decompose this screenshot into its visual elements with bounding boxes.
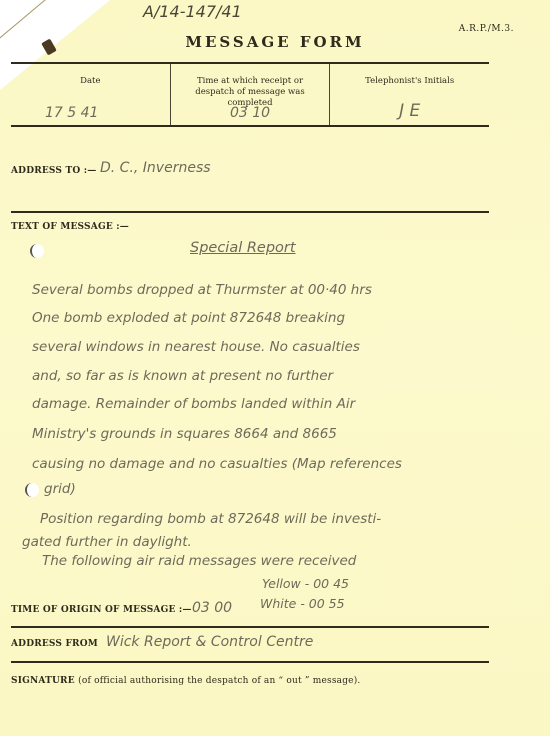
message-line: Position regarding bomb at 872648 will b… xyxy=(40,511,381,527)
initials-cell: Telephonist's Initials J E xyxy=(329,64,489,125)
time-of-origin-value: 03 00 xyxy=(192,600,232,616)
message-line: Yellow - 00 45 xyxy=(262,576,349,591)
date-cell: Date 17 5 41 xyxy=(11,64,170,125)
message-line: gated further in daylight. xyxy=(22,534,192,550)
message-line: Ministry's grounds in squares 8664 and 8… xyxy=(32,426,337,442)
punch-hole xyxy=(25,483,39,497)
initials-value: J E xyxy=(330,101,489,121)
time-cell: Time at which receipt or despatch of mes… xyxy=(170,64,330,125)
message-line: causing no damage and no casualties (Map… xyxy=(32,456,402,472)
header-table: Date 17 5 41 Time at which receipt or de… xyxy=(11,64,489,125)
signature-label: SIGNATURE (of official authorising the d… xyxy=(11,676,360,686)
address-from-value: Wick Report & Control Centre xyxy=(106,634,313,650)
signature-label-text: SIGNATURE xyxy=(11,676,75,686)
message-heading: Special Report xyxy=(190,240,296,256)
divider xyxy=(11,626,489,628)
date-value: 17 5 41 xyxy=(11,105,170,121)
time-of-origin-label: TIME OF ORIGIN OF MESSAGE :— xyxy=(11,605,192,615)
divider xyxy=(11,125,489,127)
address-to-label: ADDRESS TO :— xyxy=(11,166,96,176)
initials-label: Telephonist's Initials xyxy=(330,76,489,87)
divider xyxy=(11,211,489,213)
message-line: White - 00 55 xyxy=(260,596,345,611)
reference-note: A/14-147/41 xyxy=(143,2,242,21)
address-to-value: D. C., Inverness xyxy=(100,160,211,176)
date-label: Date xyxy=(11,76,170,87)
message-line: damage. Remainder of bombs landed within… xyxy=(32,396,355,412)
address-from-label: ADDRESS FROM xyxy=(11,639,98,649)
message-line: and, so far as is known at present no fu… xyxy=(32,368,333,384)
page-title: MESSAGE FORM xyxy=(0,33,550,51)
signature-note: (of official authorising the despatch of… xyxy=(78,676,360,686)
punch-hole xyxy=(30,244,44,258)
message-line: grid) xyxy=(44,481,76,497)
message-line: One bomb exploded at point 872648 breaki… xyxy=(32,310,345,326)
text-of-message-label: TEXT OF MESSAGE :— xyxy=(11,222,129,232)
message-line: Several bombs dropped at Thurmster at 00… xyxy=(32,282,372,298)
time-value: 03 10 xyxy=(171,105,330,121)
message-line: The following air raid messages were rec… xyxy=(42,553,356,569)
message-form-page: A/14-147/41 A.R.P./M.3. MESSAGE FORM Dat… xyxy=(0,0,550,736)
message-line: several windows in nearest house. No cas… xyxy=(32,339,360,355)
divider xyxy=(11,661,489,663)
